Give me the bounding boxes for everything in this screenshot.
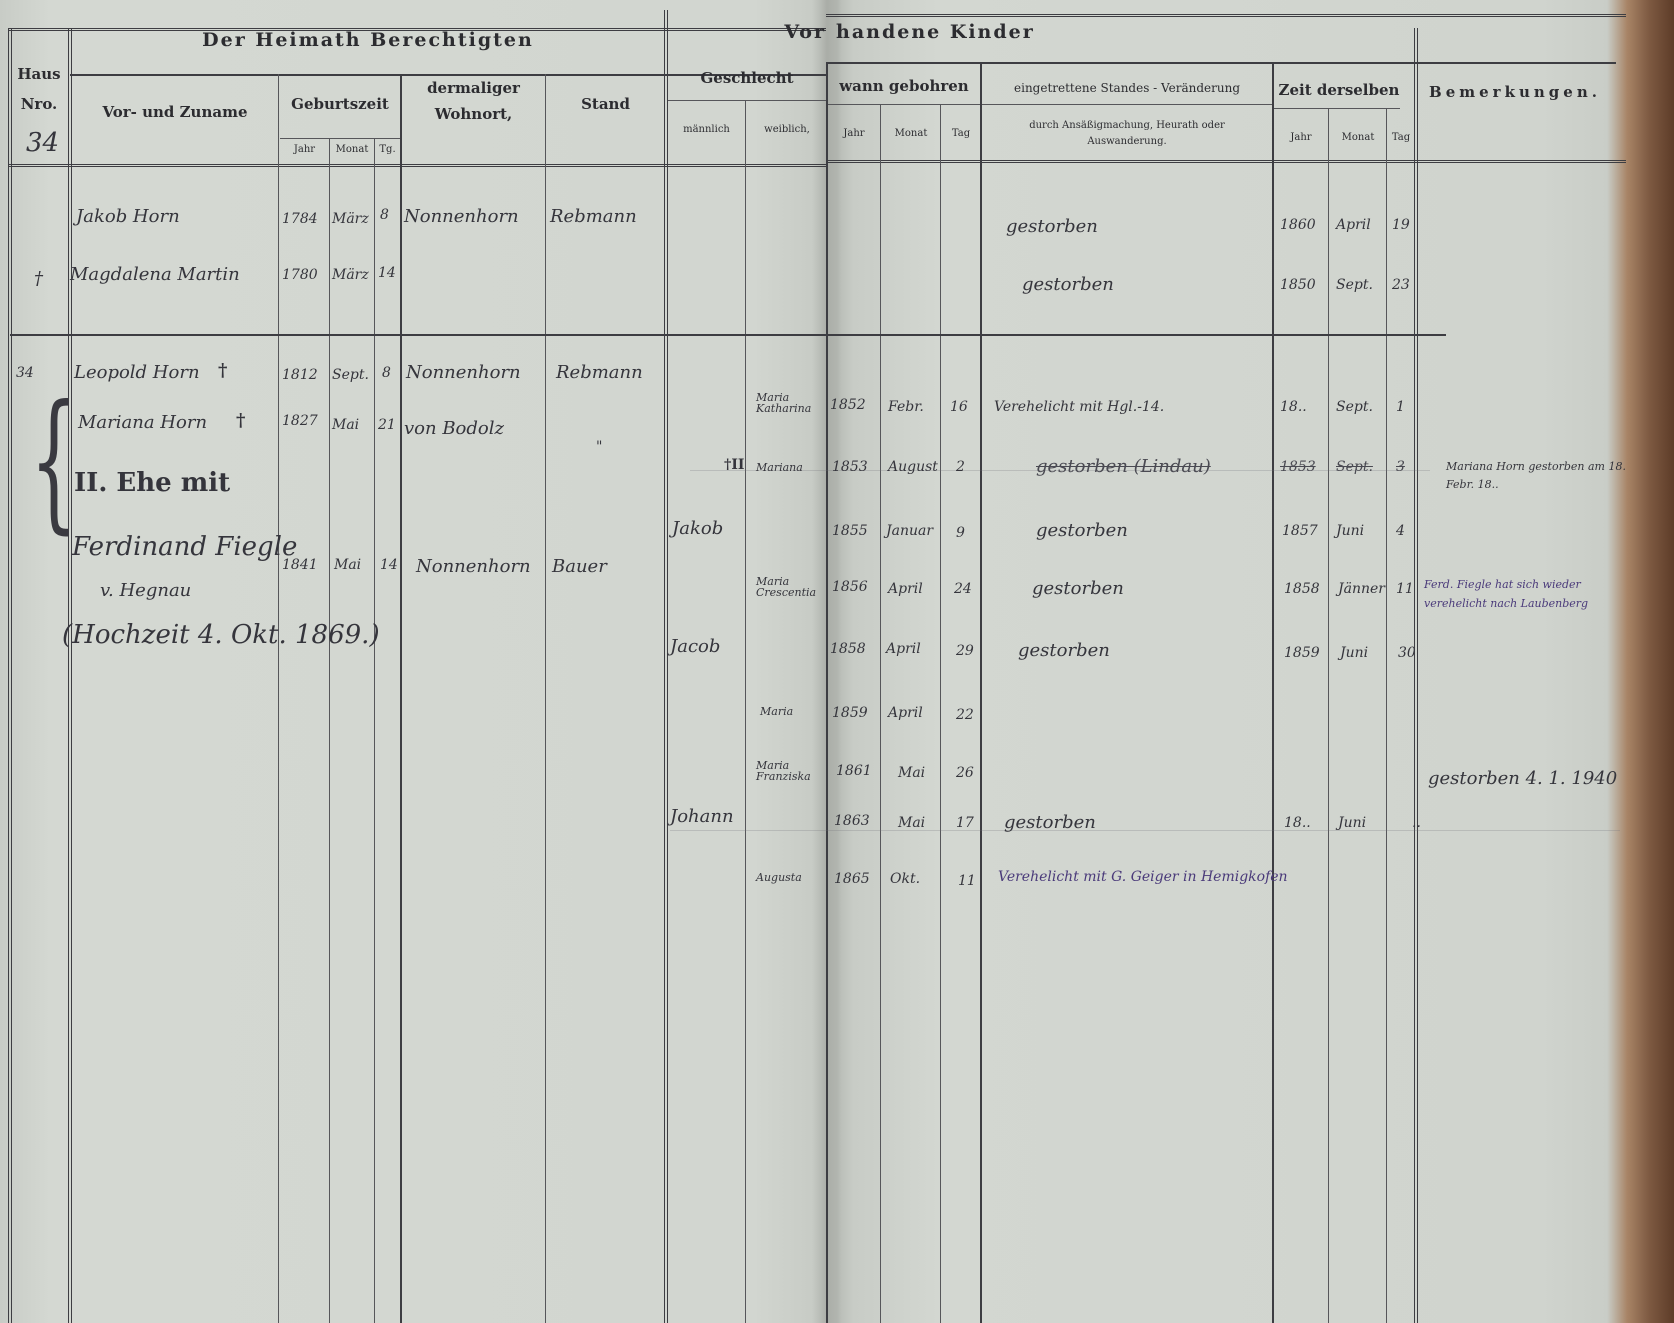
child-jahr: 1861 xyxy=(836,764,872,778)
ledger-book: Der Heimath Berechtigten Haus Nro. 34 Vo… xyxy=(0,0,1674,1323)
right-top-border xyxy=(826,14,1626,20)
entry1-change1-event: gestorben xyxy=(1006,218,1098,236)
entry1-person2-name: Magdalena Martin xyxy=(70,266,240,284)
zd-monat-header: Monat xyxy=(1330,132,1386,143)
entry2-wedding-date: (Hochzeit 4. Okt. 1869.) xyxy=(62,622,380,648)
right-header-bottom-border xyxy=(826,160,1626,166)
child-ev-monat: Sept. xyxy=(1336,400,1373,414)
child-remark: Mariana Horn gestorben am 18. Febr. 18.. xyxy=(1446,458,1646,493)
right-page: handene Kinder wann gebohren Jahr Monat … xyxy=(826,0,1628,1323)
entry2-person4-tag: 14 xyxy=(380,558,398,572)
zd-jahr-header: Jahr xyxy=(1274,132,1328,143)
entry2-person2-mark: † xyxy=(236,412,245,430)
entry1-change2-jahr: 1850 xyxy=(1280,278,1316,292)
child-tag: 29 xyxy=(956,644,974,658)
marriage-brace: { xyxy=(30,386,78,536)
entry2-person1-stand: Rebmann xyxy=(556,364,643,382)
child-ev-jahr: 18.. xyxy=(1284,816,1311,830)
child-ev-monat: Juni xyxy=(1336,524,1364,538)
entry2-second-marriage: II. Ehe mit xyxy=(74,470,230,496)
entry2-person1-name: Leopold Horn xyxy=(74,364,200,382)
child-ev-jahr: 1859 xyxy=(1284,646,1320,660)
nro-label: Nro. xyxy=(10,96,68,113)
child-tag: 24 xyxy=(954,582,972,596)
wohnort-header-2: Wohnort, xyxy=(402,106,545,123)
child-tag: 2 xyxy=(956,460,965,474)
child-weiblich: Maria xyxy=(760,706,793,717)
left-title: Der Heimath Berechtigten xyxy=(72,30,664,51)
entry1-change1-tag: 19 xyxy=(1392,218,1410,232)
geburt-jahr-header: Jahr xyxy=(280,144,329,155)
col-sep-geburt xyxy=(278,74,279,1323)
zeit-derselben-header: Zeit derselben xyxy=(1274,82,1404,99)
child-maennlich: Johann xyxy=(670,808,734,826)
entry1-change2-event: gestorben xyxy=(1022,276,1114,294)
col-sep-monat xyxy=(329,138,330,1323)
child-monat: August xyxy=(888,460,938,474)
geburt-monat-header: Monat xyxy=(330,144,374,155)
entry2-person4-name: Ferdinand Fiegle xyxy=(72,534,297,560)
col-sep-tag xyxy=(374,138,375,1323)
child-event: gestorben xyxy=(1004,814,1096,832)
zeit-sub-rule xyxy=(1274,108,1400,109)
child-ev-jahr: 1858 xyxy=(1284,582,1320,596)
col-sep-stand xyxy=(545,74,546,1323)
child-monat: Mai xyxy=(898,816,925,830)
child-weiblich: Maria Crescentia xyxy=(756,576,826,598)
entry2-person1-jahr: 1812 xyxy=(282,368,318,382)
entry1-person2-monat: März xyxy=(332,268,369,282)
child-tag: 11 xyxy=(958,874,976,888)
entry1-change2-tag: 23 xyxy=(1392,278,1410,292)
child-monat: Okt. xyxy=(890,872,920,886)
veraenderung-sub-header-2: Auswanderung. xyxy=(982,136,1272,147)
wann-gebohren-header: wann gebohren xyxy=(828,78,980,95)
child-ev-tag: 4 xyxy=(1396,524,1405,538)
child-jahr: 1856 xyxy=(832,580,868,594)
wg-tag-header: Tag xyxy=(942,128,980,139)
veraenderung-sub-header-1: durch Ansäßigmachung, Heurath oder xyxy=(982,120,1272,131)
entry2-person2-name: Mariana Horn xyxy=(78,414,207,432)
veraenderung-sub-rule xyxy=(982,104,1272,105)
col-sep-bemerkungen xyxy=(1414,28,1421,1323)
house-number: 34 xyxy=(26,130,59,156)
child-tag: 17 xyxy=(956,816,974,830)
col-sep-wohnort xyxy=(400,74,402,1323)
veraenderung-header: eingetrettene Standes - Veränderung xyxy=(982,82,1272,95)
entry-separator xyxy=(10,334,826,336)
child-jahr: 1865 xyxy=(834,872,870,886)
col-sep-zeit xyxy=(1272,62,1274,1323)
entry1-person2-tag: 14 xyxy=(378,266,396,280)
child-jahr: 1863 xyxy=(834,814,870,828)
child-weiblich: Augusta xyxy=(756,872,802,883)
child-ev-jahr: 1853 xyxy=(1280,460,1316,474)
geburt-sub-rule xyxy=(280,138,400,139)
col-sep-wg-monat xyxy=(880,104,881,1323)
house-col-border xyxy=(68,28,75,1323)
child-monat: Febr. xyxy=(888,400,924,414)
child-ev-monat: Juni xyxy=(1338,816,1366,830)
child-jahr: 1852 xyxy=(830,398,866,412)
entry2-person1-monat: Sept. xyxy=(332,368,369,382)
child-maennlich: Jakob xyxy=(672,520,723,538)
col-sep-children xyxy=(664,10,671,1323)
entry2-person4-wohnort: Nonnenhorn xyxy=(416,558,531,576)
child-weiblich: Maria Franziska xyxy=(756,760,826,782)
entry1-person1-wohnort: Nonnenhorn xyxy=(404,208,519,226)
entry2-person2-jahr: 1827 xyxy=(282,414,318,428)
child-ev-tag: 3 xyxy=(1396,460,1405,474)
child-remark: Ferd. Fiegle hat sich wieder verehelicht… xyxy=(1424,576,1644,613)
child-event: gestorben xyxy=(1018,642,1110,660)
entry2-person1-tag: 8 xyxy=(382,366,391,380)
child-jahr: 1855 xyxy=(832,524,868,538)
child-monat: April xyxy=(888,582,923,596)
entry2-person4-jahr: 1841 xyxy=(282,558,318,572)
entry2-person2-wohnort: von Bodolz xyxy=(404,420,504,438)
col-sep-wg-tag xyxy=(940,104,941,1323)
wg-monat-header: Monat xyxy=(882,128,940,139)
child-weiblich: Maria Katharina xyxy=(756,392,826,414)
child-ev-tag: 30 xyxy=(1398,646,1416,660)
geschlecht-sub-rule xyxy=(668,100,826,101)
entry2-person4-monat: Mai xyxy=(334,558,361,572)
child-event: gestorben xyxy=(1032,580,1124,598)
left-page: Der Heimath Berechtigten Haus Nro. 34 Vo… xyxy=(0,0,826,1323)
entry1-cross: † xyxy=(34,270,43,288)
bemerkungen-header: Bemerkungen. xyxy=(1420,84,1610,101)
child-ev-jahr: 1857 xyxy=(1282,524,1318,538)
child-monat: April xyxy=(886,642,921,656)
child-event: gestorben xyxy=(1036,522,1128,540)
geburt-tag-header: Tg. xyxy=(375,144,400,155)
child-ev-tag: 1 xyxy=(1396,400,1405,414)
child-event: Verehelicht mit G. Geiger in Hemigkofen xyxy=(998,870,1288,884)
haus-label: Haus xyxy=(10,66,68,83)
zd-tag-header: Tag xyxy=(1388,132,1414,143)
child-tag: 26 xyxy=(956,766,974,780)
col-sep-zeit-tag xyxy=(1386,108,1387,1323)
entry1-change2-monat: Sept. xyxy=(1336,278,1373,292)
geburtszeit-header: Geburtszeit xyxy=(280,96,400,113)
entry1-person1-stand: Rebmann xyxy=(550,208,637,226)
child-ev-tag: .. xyxy=(1412,816,1421,830)
entry2-person4-stand: Bauer xyxy=(552,558,607,576)
entry1-person1-jahr: 1784 xyxy=(282,212,318,226)
child-ev-tag: 11 xyxy=(1396,582,1414,596)
entry1-person1-name: Jakob Horn xyxy=(76,208,180,226)
col-sep-zeit-monat xyxy=(1328,108,1329,1323)
entry1-change1-jahr: 1860 xyxy=(1280,218,1316,232)
entry1-person1-tag: 8 xyxy=(380,208,389,222)
child-mark: †II xyxy=(724,458,744,472)
child-remark: gestorben 4. 1. 1940 xyxy=(1428,770,1617,788)
wg-sub-rule xyxy=(828,104,986,105)
col-sep-veraenderung xyxy=(980,62,982,1323)
entry1-person2-jahr: 1780 xyxy=(282,268,318,282)
right-title-part2: handene Kinder xyxy=(836,22,1136,43)
header-bottom-border xyxy=(8,164,826,170)
entry2-person4-origin: v. Hegnau xyxy=(100,582,191,600)
entry2-person2-tag: 21 xyxy=(378,418,396,432)
right-header-sub-rule xyxy=(826,62,1616,64)
geschlecht-header: Geschlecht xyxy=(668,70,826,87)
child-monat: Mai xyxy=(898,766,925,780)
child-event: Verehelicht mit Hgl.-14. xyxy=(994,400,1164,414)
child-ev-monat: Sept. xyxy=(1336,460,1373,474)
child-maennlich: Jacob xyxy=(670,638,720,656)
left-border xyxy=(8,28,15,1323)
weiblich-header: weiblich, xyxy=(748,124,826,135)
col-sep-weiblich xyxy=(745,100,746,1323)
wg-jahr-header: Jahr xyxy=(828,128,880,139)
entry1-change1-monat: April xyxy=(1336,218,1371,232)
child-jahr: 1853 xyxy=(832,460,868,474)
child-tag: 22 xyxy=(956,708,974,722)
child-tag: 9 xyxy=(956,526,965,540)
wohnort-header-1: dermaliger xyxy=(402,80,545,97)
name-header: Vor- und Zuname xyxy=(72,104,278,121)
maennlich-header: männlich xyxy=(668,124,745,135)
child-event-struck: gestorben (Lindau) xyxy=(1036,458,1211,476)
right-entry-separator xyxy=(826,334,1446,336)
child-monat: Januar xyxy=(886,524,933,538)
child-jahr: 1858 xyxy=(830,642,866,656)
child-tag: 16 xyxy=(950,400,968,414)
entry2-person1-wohnort: Nonnenhorn xyxy=(406,364,521,382)
entry1-person1-monat: März xyxy=(332,212,369,226)
child-jahr: 1859 xyxy=(832,706,868,720)
child-ev-jahr: 18.. xyxy=(1280,400,1307,414)
stand-header: Stand xyxy=(547,96,664,113)
col-sep-wg xyxy=(826,62,828,1323)
child-weiblich: Mariana xyxy=(756,462,803,473)
child-ev-monat: Jänner xyxy=(1338,582,1385,596)
entry2-person1-mark: † xyxy=(218,362,227,380)
entry2-person2-monat: Mai xyxy=(332,418,359,432)
child-monat: April xyxy=(888,706,923,720)
entry2-person2-stand: " xyxy=(596,440,602,454)
child-ev-monat: Juni xyxy=(1340,646,1368,660)
right-title-part1: Vor xyxy=(780,22,826,43)
